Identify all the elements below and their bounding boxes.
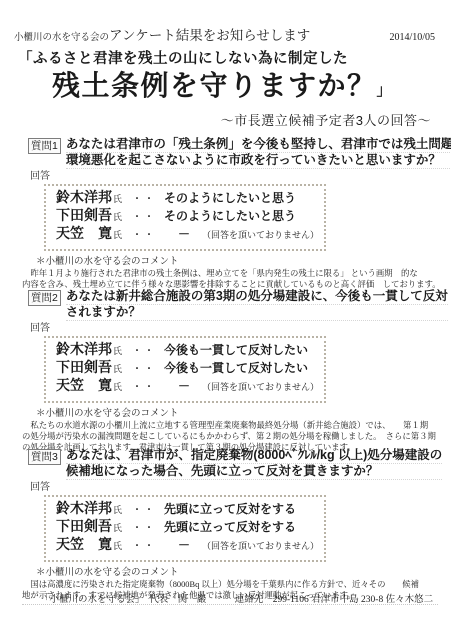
answer-row: 天笠 寛氏 ・・ － （回答を頂いておりません） xyxy=(56,226,318,244)
dots: ・・ xyxy=(132,520,156,537)
answer-row: 天笠 寛氏 ・・ － （回答を頂いておりません） xyxy=(56,537,318,555)
answer-row: 鈴木洋邦氏 ・・ 今後も一貫して反対したい xyxy=(56,342,318,360)
name-suffix: 氏 xyxy=(113,361,122,378)
dots: ・・ xyxy=(132,538,156,555)
announcement-text: アンケート結果をお知らせします xyxy=(109,24,310,44)
answer-row: 下田剣吾氏 ・・ 今後も一貫して反対したい xyxy=(56,360,318,378)
no-answer-note: （回答を頂いておりません） xyxy=(202,538,319,555)
dots: ・・ xyxy=(132,343,156,360)
name-suffix: 氏 xyxy=(113,209,122,226)
comment-block-1: ＊小櫃川の水を守る会のコメント 昨年１月より施行された君津市の残土条例は、埋め立… xyxy=(28,257,432,290)
candidate-name: 下田剣吾 xyxy=(56,360,112,377)
header: 小櫃川の水を守る会の アンケート結果をお知らせします 2014/10/05 xyxy=(14,24,435,44)
comment-line: 私たちの水道水源の小櫃川上流に立地する管理型産業廃棄物最終処分場（新井総合施設）… xyxy=(22,420,438,431)
name-suffix: 氏 xyxy=(113,343,122,360)
answer-text: 今後も一貫して反対したい xyxy=(164,342,308,359)
footer-contact: 「小櫃川の水を守る会」 代表 関 巖 連絡先 299-1106 君津市中島 23… xyxy=(40,591,433,605)
question-3-line2: 候補地になった場合、先頭に立って反対を貫きますか？ xyxy=(66,464,442,480)
answer-box-3: 鈴木洋邦氏 ・・ 先頭に立って反対をする 下田剣吾氏 ・・ 先頭に立って反対をす… xyxy=(44,495,326,562)
name-suffix: 氏 xyxy=(113,520,122,537)
org-name-prefix: 小櫃川の水を守る会の xyxy=(14,29,109,43)
candidate-name: 鈴木洋邦 xyxy=(56,501,112,518)
candidate-name: 下田剣吾 xyxy=(56,519,112,536)
question-section-3: 質問3 あなたは、君津市が、指定廃棄物(8000ﾍﾞｸﾚﾙ/kg 以上)処分場建… xyxy=(28,448,432,605)
comment-header: ＊小櫃川の水を守る会のコメント xyxy=(36,409,432,420)
document-page: 小櫃川の水を守る会の アンケート結果をお知らせします 2014/10/05 「ふ… xyxy=(0,0,451,640)
candidate-name: 下田剣吾 xyxy=(56,208,112,225)
answer-text: そのようにしたいと思う xyxy=(164,190,296,207)
answer-text: そのようにしたいと思う xyxy=(164,208,296,225)
closing-quote: 」 xyxy=(377,82,394,99)
name-suffix: 氏 xyxy=(113,538,122,555)
answer-row: 下田剣吾氏 ・・ そのようにしたいと思う xyxy=(56,208,318,226)
candidate-name: 天笠 寛 xyxy=(56,537,112,554)
question-1-head: 質問1 あなたは君津市の「残土条例」を今後も堅持し、君津市では残土問題で 環境悪… xyxy=(28,137,432,169)
candidate-name: 鈴木洋邦 xyxy=(56,190,112,207)
question-2-line2: されますか？ xyxy=(66,305,448,321)
comment-header: ＊小櫃川の水を守る会のコメント xyxy=(36,568,432,579)
dots: ・・ xyxy=(132,502,156,519)
date: 2014/10/05 xyxy=(389,32,435,43)
name-suffix: 氏 xyxy=(113,191,122,208)
answer-text: 今後も一貫して反対したい xyxy=(164,360,308,377)
answer-box-1: 鈴木洋邦氏 ・・ そのようにしたいと思う 下田剣吾氏 ・・ そのようにしたいと思… xyxy=(44,184,326,251)
question-1-line1: あなたは君津市の「残土条例」を今後も堅持し、君津市では残土問題で xyxy=(66,137,451,153)
main-title-text: 残土条例を守りますか？ xyxy=(52,70,377,101)
question-2-head: 質問2 あなたは新井総合施設の第3期の処分場建設に、今後も一貫して反対 されます… xyxy=(28,289,432,321)
answer-label: 回答 xyxy=(30,323,432,335)
name-suffix: 氏 xyxy=(113,502,122,519)
dots: ・・ xyxy=(132,227,156,244)
dots: ・・ xyxy=(132,361,156,378)
candidate-name: 鈴木洋邦 xyxy=(56,342,112,359)
main-title: 残土条例を守りますか？」 xyxy=(52,64,393,104)
answer-row: 鈴木洋邦氏 ・・ そのようにしたいと思う xyxy=(56,190,318,208)
no-answer-dash: － xyxy=(178,378,190,395)
question-1-tag: 質問1 xyxy=(28,138,61,154)
question-2-line1: あなたは新井総合施設の第3期の処分場建設に、今後も一貫して反対 xyxy=(66,289,448,305)
name-suffix: 氏 xyxy=(113,379,122,396)
question-2-text: あなたは新井総合施設の第3期の処分場建設に、今後も一貫して反対 されますか？ xyxy=(66,289,448,321)
no-answer-dash: － xyxy=(178,537,190,554)
respondents-line: ～市長選立候補予定者3人の回答～ xyxy=(221,110,431,129)
dots: ・・ xyxy=(132,379,156,396)
comment-line: 昨年１月より施行された君津市の残土条例は、埋め立てを「県内発生の残土に限る」 と… xyxy=(22,268,438,279)
no-answer-note: （回答を頂いておりません） xyxy=(202,227,319,244)
candidate-name: 天笠 寛 xyxy=(56,226,112,243)
answer-label: 回答 xyxy=(30,482,432,494)
question-1-text: あなたは君津市の「残土条例」を今後も堅持し、君津市では残土問題で 環境悪化を起こ… xyxy=(66,137,451,169)
question-3-line1: あなたは、君津市が、指定廃棄物(8000ﾍﾞｸﾚﾙ/kg 以上)処分場建設の xyxy=(66,448,442,464)
dots: ・・ xyxy=(132,209,156,226)
question-section-1: 質問1 あなたは君津市の「残土条例」を今後も堅持し、君津市では残土問題で 環境悪… xyxy=(28,137,432,290)
question-3-head: 質問3 あなたは、君津市が、指定廃棄物(8000ﾍﾞｸﾚﾙ/kg 以上)処分場建… xyxy=(28,448,432,480)
comment-line: の処分場が汚染水の漏洩問題を起こしているにもかかわらず、第２期の処分場を稼働しま… xyxy=(22,431,438,442)
answer-row: 下田剣吾氏 ・・ 先頭に立って反対をする xyxy=(56,519,318,537)
answer-text: 先頭に立って反対をする xyxy=(164,501,296,518)
answer-box-2: 鈴木洋邦氏 ・・ 今後も一貫して反対したい 下田剣吾氏 ・・ 今後も一貫して反対… xyxy=(44,336,326,403)
dots: ・・ xyxy=(132,191,156,208)
candidate-name: 天笠 寛 xyxy=(56,378,112,395)
question-3-tag: 質問3 xyxy=(28,449,61,465)
question-3-text: あなたは、君津市が、指定廃棄物(8000ﾍﾞｸﾚﾙ/kg 以上)処分場建設の 候… xyxy=(66,448,442,480)
answer-label: 回答 xyxy=(30,171,432,183)
no-answer-note: （回答を頂いておりません） xyxy=(202,379,319,396)
comment-line: 国は高濃度に汚染された指定廃棄物（8000Bq 以上）処分場を千葉県内に作る方針… xyxy=(22,579,438,590)
comment-block-2: ＊小櫃川の水を守る会のコメント 私たちの水道水源の小櫃川上流に立地する管理型産業… xyxy=(28,409,432,453)
answer-row: 鈴木洋邦氏 ・・ 先頭に立って反対をする xyxy=(56,501,318,519)
answer-row: 天笠 寛氏 ・・ － （回答を頂いておりません） xyxy=(56,378,318,396)
question-1-line2: 環境悪化を起こさないように市政を行っていきたいと思いますか？ xyxy=(66,153,451,169)
comment-body: 昨年１月より施行された君津市の残土条例は、埋め立てを「県内発生の残土に限る」 と… xyxy=(22,268,438,290)
question-section-2: 質問2 あなたは新井総合施設の第3期の処分場建設に、今後も一貫して反対 されます… xyxy=(28,289,432,453)
comment-header: ＊小櫃川の水を守る会のコメント xyxy=(36,257,432,268)
answer-text: 先頭に立って反対をする xyxy=(164,519,296,536)
question-2-tag: 質問2 xyxy=(28,290,61,306)
no-answer-dash: － xyxy=(178,226,190,243)
name-suffix: 氏 xyxy=(113,227,122,244)
